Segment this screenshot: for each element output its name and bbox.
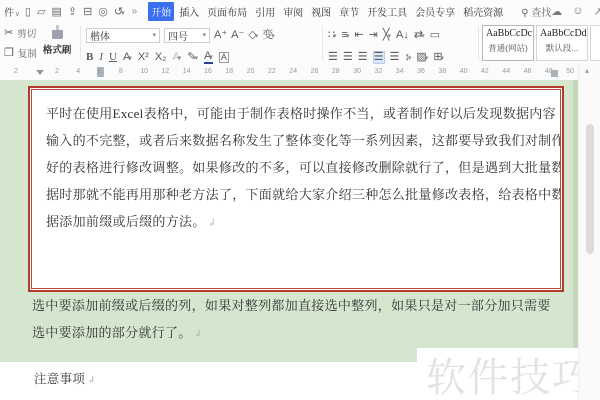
chevron-down-icon: ▾ (195, 55, 199, 62)
ruler-number: 44 (502, 68, 510, 75)
paragraph-line[interactable]: 好的表格进行修改调整。如果修改的不多，可以直接修改删除就行了，但是遇到大批量数 (46, 154, 558, 181)
paragraph-mark: ↲ (87, 375, 96, 386)
chevron-down-icon: ▾ (333, 33, 337, 40)
scroll-up-icon[interactable]: ▴ (585, 66, 589, 75)
tab-section[interactable]: 章节 (336, 2, 362, 21)
ruler-number: 50 (566, 68, 574, 75)
red-highlight-box: 平时在使用Excel表格中，可能由于制作表格时操作不当，或者制作好以后发现数据内… (28, 86, 564, 292)
chevron-down-icon: ▾ (178, 55, 182, 62)
file-menu[interactable]: 件 ∨ (4, 4, 20, 19)
bold-button[interactable]: B (86, 52, 93, 63)
ruler-number: 14 (183, 68, 191, 75)
ruler-number: 22 (268, 68, 276, 75)
tab-view[interactable]: 视图 (308, 2, 334, 21)
tab-member[interactable]: 会员专享 (412, 2, 458, 21)
chevron-down-icon: ▾ (388, 33, 392, 40)
cut-button[interactable]: ✂剪切 (4, 23, 37, 43)
ruler-number: 6 (98, 68, 102, 75)
scissors-icon: ✂ (4, 28, 13, 39)
first-line-indent-marker[interactable] (36, 70, 44, 75)
ruler-number: 30 (353, 68, 361, 75)
paragraph-line[interactable]: 据时那就不能再用那种老方法了，下面就给大家介绍三种怎么批量修改表格，给表格中数 (46, 181, 558, 208)
ruler-number: 2 (55, 68, 59, 75)
wps-window: 件 ∨ ▯ ▱ ▤ ⇪ ⊟ ◎ ↺▾ » 开始 插入 页面布局 引用 审阅 视图… (0, 0, 600, 400)
wrap-button[interactable]: ⇄▾ (414, 30, 425, 41)
clear-format-button[interactable]: ◇▾ (248, 30, 258, 41)
ruler-number: 46 (524, 68, 532, 75)
chevron-down-icon: ▾ (128, 55, 132, 62)
pinyin-guide-button[interactable]: 变▾ (262, 30, 275, 41)
ruler-number: 16 (204, 68, 212, 75)
tab-insert[interactable]: 插入 (176, 2, 202, 21)
chevron-down-icon: ▾ (121, 10, 125, 17)
char-border-button[interactable]: A (219, 52, 229, 63)
tab-references[interactable]: 引用 (252, 2, 278, 21)
superscript-button[interactable]: X² (138, 52, 149, 63)
ribbon-tabs: 开始 插入 页面布局 引用 审阅 视图 章节 开发工具 会员专享 稻壳资源 (147, 2, 507, 21)
copy-icon: ❐ (4, 48, 14, 59)
paragraph-line[interactable]: 输入的不完整，或者后来数据名称发生了整体变化等一系列因素，这都要导致我们对制作 (46, 127, 558, 154)
grow-font-button[interactable]: A⁺ (214, 30, 227, 41)
tab-page-layout[interactable]: 页面布局 (204, 2, 250, 21)
align-center-button[interactable]: ☰ (343, 52, 353, 63)
account-icon[interactable]: ☺ (572, 5, 583, 18)
chevron-down-icon: ▾ (152, 31, 156, 39)
chevron-down-icon: ▾ (271, 33, 275, 40)
paragraph-mark: ↲ (208, 218, 217, 229)
title-tab-bar: 件 ∨ ▯ ▱ ▤ ⇪ ⊟ ◎ ↺▾ » 开始 插入 页面布局 引用 审阅 视图… (0, 0, 600, 22)
ruler-number: 38 (438, 68, 446, 75)
chevron-down-icon: ▾ (255, 33, 259, 40)
group-separator (80, 26, 81, 60)
numbering-button[interactable]: ≡▾ (342, 30, 350, 41)
tab-docer[interactable]: 稻壳资源 (460, 2, 506, 21)
text-direction-button[interactable]: A↓ (396, 30, 409, 41)
ruler-number: 24 (289, 68, 297, 75)
subscript-button[interactable]: X₂ (155, 52, 167, 63)
align-justify-button[interactable]: ☰ (373, 51, 385, 64)
undo-icon[interactable]: ↺▾ (111, 5, 128, 18)
tab-review[interactable]: 审阅 (280, 2, 306, 21)
font-color-button[interactable]: A▾ (204, 51, 213, 64)
watermark-text: 软件技巧 (426, 346, 578, 400)
style-default-paragraph[interactable]: AaBbCcDd 默认段... (536, 25, 588, 61)
chevron-down-icon: ▾ (425, 55, 429, 62)
cjk-layout-button[interactable]: ╳▾ (383, 30, 391, 41)
ruler-number: 36 (417, 68, 425, 75)
share-icon[interactable]: ↗ (594, 5, 600, 18)
ruler-number: 10 (140, 68, 148, 75)
highlight-button[interactable]: ✎▾ (187, 52, 198, 63)
ribbon: ✂剪切 ❐复制 格式刷 楷体▾ 四号▾ A⁺ A⁻ ◇▾ 变▾ B I U (0, 22, 600, 65)
bullets-button[interactable]: ∷▾ (328, 30, 337, 41)
font-group: 楷体▾ 四号▾ A⁺ A⁻ ◇▾ 变▾ B I U A▾ X² X₂ A▾ ✎▾… (86, 22, 318, 64)
chevron-down-icon: ▾ (441, 55, 445, 62)
ruler-number: 26 (311, 68, 319, 75)
shrink-font-button[interactable]: A⁻ (231, 30, 244, 41)
print-preview-icon[interactable]: ◎ (95, 5, 111, 18)
chevron-down-icon: ▾ (346, 33, 350, 40)
clipboard-group: ✂剪切 ❐复制 格式刷 (4, 22, 78, 64)
ruler-number: 2 (14, 68, 18, 75)
paragraph: 选中要添加前缀或后缀的列，如果对整列都加直接选中整列，如果只是对一部分加只需要 … (32, 292, 551, 346)
char-shading-button[interactable]: A▾ (172, 52, 181, 63)
decrease-indent-button[interactable]: ⇤ (354, 30, 363, 41)
borders-button[interactable]: ⊞▾ (433, 52, 444, 63)
paragraph-line[interactable]: 选中要添加的部分就行了。↲ (32, 319, 551, 346)
paragraph-group: ∷▾ ≡▾ ⇤ ⇥ ╳▾ A↓ ⇄▾ ▭ ☰ ☰ ☰ ☰ ☰ ↕▾ ▨▾ ⊞▾ (328, 22, 476, 64)
ruler-number: 4 (76, 68, 80, 75)
paragraph-line[interactable]: 选中要添加前缀或后缀的列，如果对整列都加直接选中整列，如果只是对一部分加只需要 (32, 292, 551, 319)
scrollbar-thumb[interactable] (586, 124, 594, 254)
format-painter-icon (52, 30, 63, 39)
print-icon[interactable]: ⊟ (80, 5, 95, 18)
ruler-number: 32 (375, 68, 383, 75)
format-painter-button[interactable]: 格式刷 (43, 22, 72, 64)
chevron-down-icon: ∨ (15, 11, 20, 18)
search-icon: ⚲ (521, 8, 528, 19)
group-separator (322, 26, 323, 60)
ruler-number: 12 (162, 68, 170, 75)
save-icon[interactable]: ▤ (48, 5, 64, 18)
export-icon[interactable]: ⇪ (65, 5, 80, 18)
paragraph-layout-button[interactable]: ▭ (430, 30, 440, 41)
italic-button[interactable]: I (99, 52, 103, 63)
ruler-number: 48 (545, 68, 553, 75)
ruler-number: 18 (225, 68, 233, 75)
chevron-down-icon: ▾ (202, 31, 206, 39)
align-distribute-button[interactable]: ☰ (390, 52, 400, 63)
new-document-icon[interactable]: ▯ (22, 5, 34, 18)
chevron-down-icon: ▾ (408, 55, 412, 62)
font-size-select[interactable]: 四号▾ (164, 28, 210, 43)
paragraph: 注意事项↲ (34, 366, 96, 393)
tab-developer[interactable]: 开发工具 (364, 2, 410, 21)
vertical-scrollbar[interactable]: ▴ (578, 64, 600, 400)
red-highlight-box-inner: 平时在使用Excel表格中，可能由于制作表格时操作不当，或者制作好以后发现数据内… (31, 89, 561, 289)
paragraph-line[interactable]: 平时在使用Excel表格中，可能由于制作表格时操作不当，或者制作好以后发现数据内… (46, 100, 558, 127)
copy-button[interactable]: ❐复制 (4, 43, 37, 63)
open-file-icon[interactable]: ▱ (34, 5, 48, 18)
chevron-down-icon: ▾ (209, 54, 213, 61)
shading-button[interactable]: ▨▾ (416, 52, 428, 63)
cloud-sync-icon[interactable]: ☁ (551, 5, 562, 18)
style-normal-web[interactable]: AaBbCcDc 普通(网站) (482, 25, 534, 61)
align-right-button[interactable]: ☰ (358, 52, 368, 63)
styles-gallery: AaBbCcDc 普通(网站) AaBbCcDd 默认段... AaBbC 要 (482, 25, 600, 61)
paragraph-mark: ↲ (194, 329, 203, 340)
ruler-number: 42 (481, 68, 489, 75)
more-commands-button[interactable]: » (132, 6, 138, 17)
group-separator (478, 26, 479, 60)
style-heading[interactable]: AaBbC 要 (590, 25, 600, 61)
chevron-down-icon: ▾ (421, 33, 425, 40)
ruler-number: 8 (119, 68, 123, 75)
ruler-number: 28 (332, 68, 340, 75)
underline-button[interactable]: U (109, 52, 117, 63)
document-page[interactable]: 软件技巧 平时在使用Excel表格中，可能由于制作表格时操作不当，或者制作好以后… (0, 80, 578, 400)
account-area: ☁ ☺ ↗ (551, 5, 600, 18)
ruler-number: 40 (460, 68, 468, 75)
line-spacing-button[interactable]: ↕▾ (404, 52, 411, 63)
horizontal-ruler: 2 24681012141618202224262830323436384042… (0, 64, 578, 81)
paragraph-line[interactable]: 据添加前缀或后缀的方法。↲ (46, 208, 558, 235)
increase-indent-button[interactable]: ⇥ (369, 30, 378, 41)
ruler-number: 20 (247, 68, 255, 75)
ruler-number: 34 (396, 68, 404, 75)
search-button[interactable]: ⚲ 查找 (521, 4, 551, 19)
char-scale-button[interactable]: A▾ (123, 52, 132, 63)
paragraph-line[interactable]: 注意事项↲ (34, 366, 96, 393)
align-left-button[interactable]: ☰ (328, 52, 338, 63)
font-name-select[interactable]: 楷体▾ (86, 28, 160, 43)
tab-home[interactable]: 开始 (148, 2, 174, 21)
